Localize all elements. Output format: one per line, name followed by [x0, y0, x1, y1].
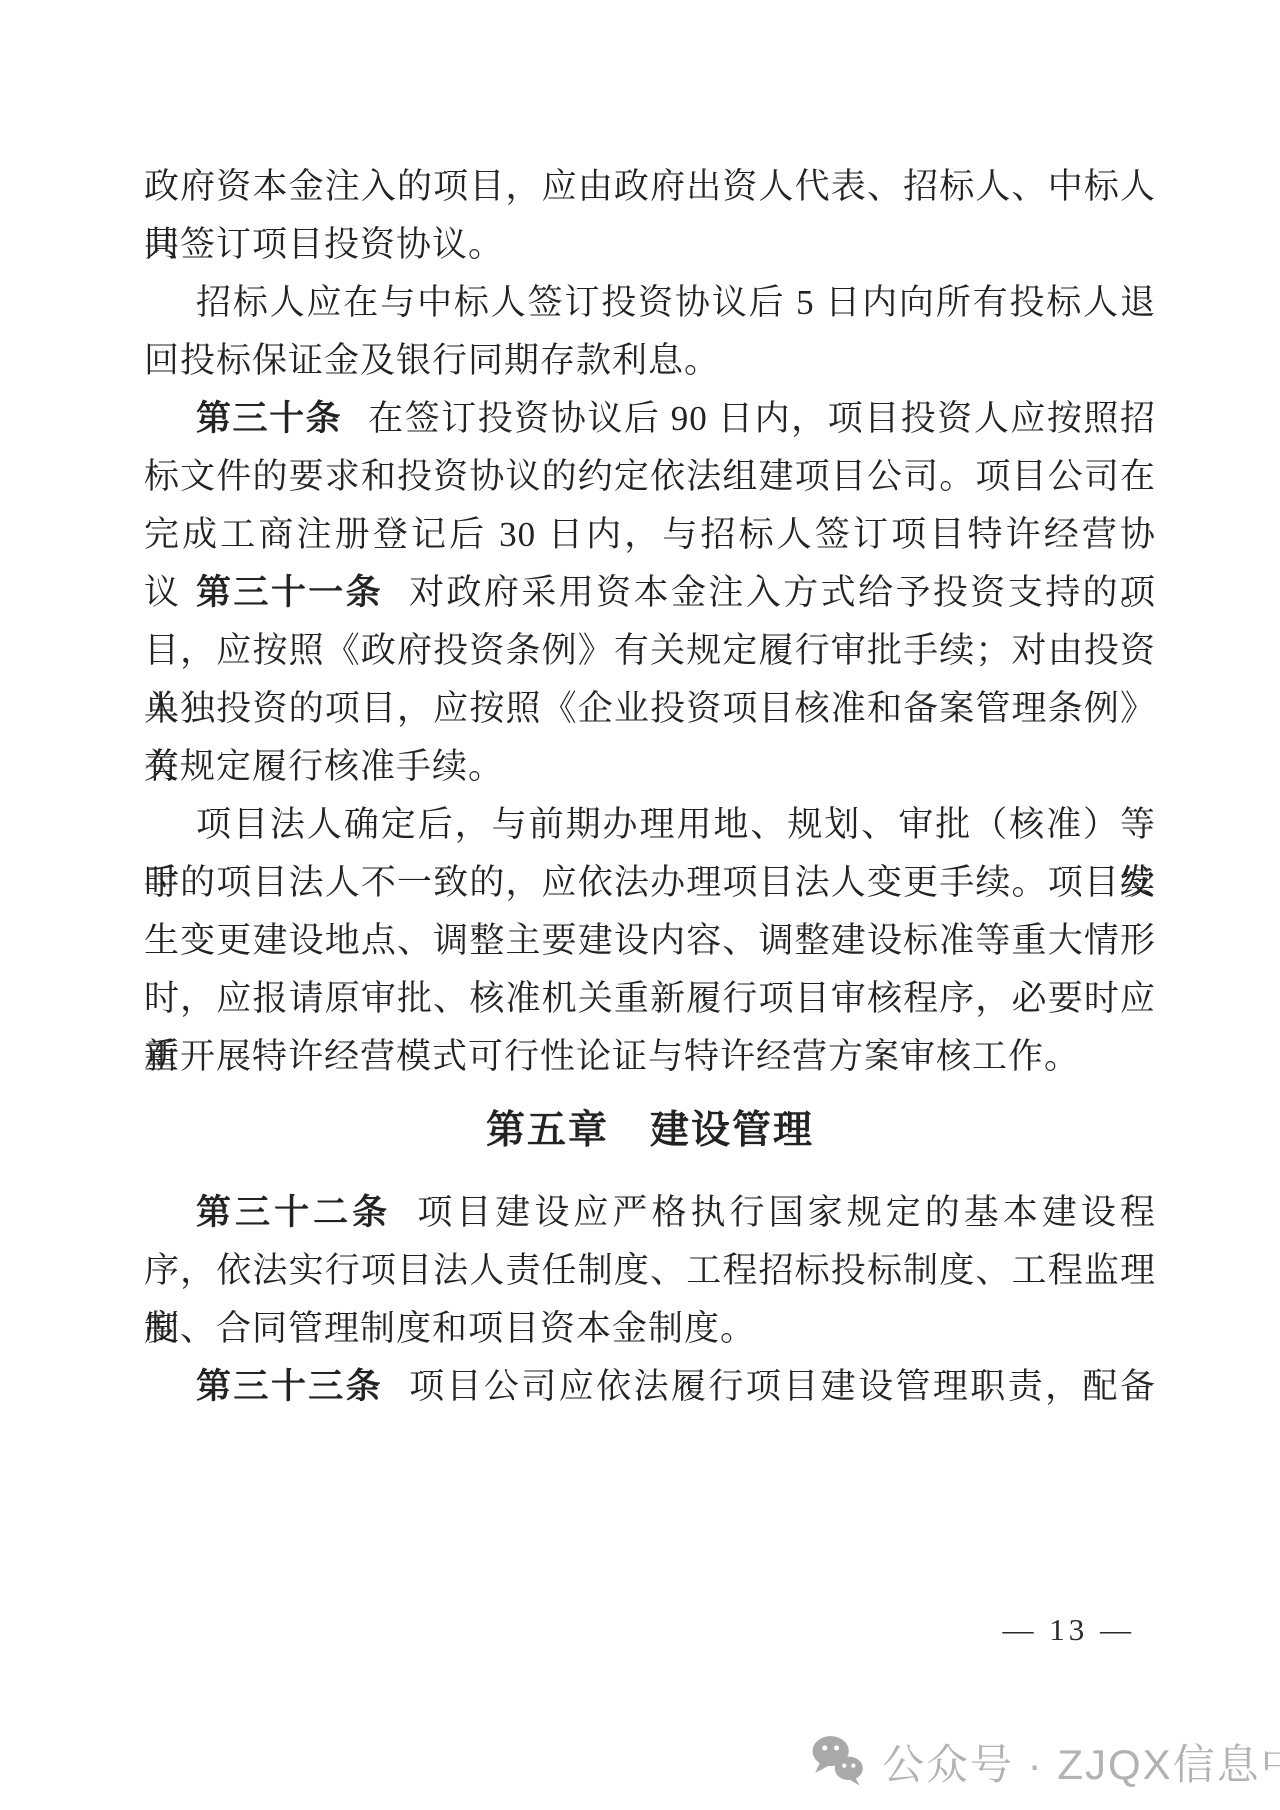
text-line: 生变更建设地点、调整主要建设内容、调整建设标准等重大情形: [144, 912, 1156, 970]
article-number: 第三十三条: [196, 1367, 383, 1406]
text-line: 第三十二条项目建设应严格执行国家规定的基本建设程: [144, 1184, 1156, 1242]
article-number: 第三十条: [196, 399, 342, 438]
page-number: — 13 —: [1003, 1612, 1136, 1648]
text-line: 回投标保证金及银行同期存款利息。: [144, 332, 1156, 390]
article-text: 项目建设应严格执行国家规定的基本建设程: [417, 1193, 1156, 1232]
text-line: 政府资本金注入的项目，应由政府出资人代表、招标人、中标人共: [144, 158, 1156, 216]
article-text: 对政府采用资本金注入方式给予投资支持的项: [409, 573, 1156, 612]
article-text: 在签订投资协议后 90 日内，项目投资人应按照招: [368, 399, 1156, 438]
watermark: 公众号 · ZJQX信息中心: [808, 1732, 1280, 1792]
text-line: 时的项目法人不一致的，应依法办理项目法人变更手续。项目发: [144, 854, 1156, 912]
document-page: 政府资本金注入的项目，应由政府出资人代表、招标人、中标人共同签订项目投资协议。招…: [0, 0, 1280, 1810]
text-line: 同签订项目投资协议。: [144, 216, 1156, 274]
article-number: 第三十二条: [196, 1193, 391, 1232]
wechat-icon: [808, 1733, 866, 1791]
text-line: 时，应报请原审批、核准机关重新履行项目审核程序，必要时应重: [144, 970, 1156, 1028]
text-line: 关规定履行核准手续。: [144, 738, 1156, 796]
text-line: 新开展特许经营模式可行性论证与特许经营方案审核工作。: [144, 1028, 1156, 1086]
text-line: 完成工商注册登记后 30 日内，与招标人签订项目特许经营协议。: [144, 506, 1156, 564]
text-line: 度、合同管理制度和项目资本金制度。: [144, 1300, 1156, 1358]
text-line: 标文件的要求和投资协议的约定依法组建项目公司。项目公司在: [144, 448, 1156, 506]
text-line: 序，依法实行项目法人责任制度、工程招标投标制度、工程监理制: [144, 1242, 1156, 1300]
watermark-text: 公众号 · ZJQX信息中心: [882, 1732, 1280, 1792]
text-line: 目，应按照《政府投资条例》有关规定履行审批手续；对由投资人: [144, 622, 1156, 680]
text-line: 第三十条在签订投资协议后 90 日内，项目投资人应按照招: [144, 390, 1156, 448]
text-line: 单独投资的项目，应按照《企业投资项目核准和备案管理条例》有: [144, 680, 1156, 738]
text-line: 第三十三条项目公司应依法履行项目建设管理职责，配备: [144, 1358, 1156, 1416]
article-text: 项目公司应依法履行项目建设管理职责，配备: [409, 1367, 1156, 1406]
article-number: 第三十一条: [196, 573, 383, 612]
document-body: 政府资本金注入的项目，应由政府出资人代表、招标人、中标人共同签订项目投资协议。招…: [144, 158, 1156, 1416]
text-line: 第三十一条对政府采用资本金注入方式给予投资支持的项: [144, 564, 1156, 622]
text-line: 招标人应在与中标人签订投资协议后 5 日内向所有投标人退: [144, 274, 1156, 332]
chapter-heading: 第五章 建设管理: [144, 1102, 1156, 1160]
text-line: 项目法人确定后，与前期办理用地、规划、审批（核准）等手续: [144, 796, 1156, 854]
